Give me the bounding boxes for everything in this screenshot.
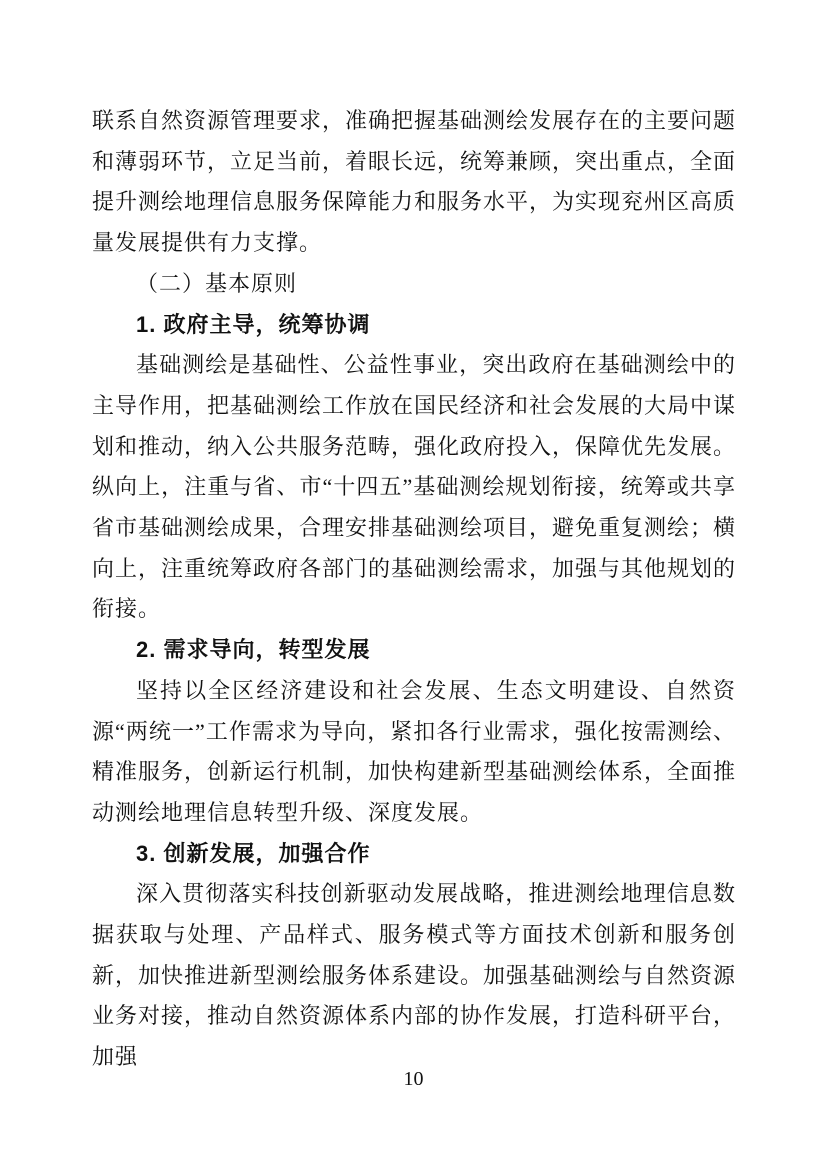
subheading-3-innovation-cooperation: 3. 创新发展，加强合作 <box>92 834 736 875</box>
paragraph-continuation: 联系自然资源管理要求，准确把握基础测绘发展存在的主要问题和薄弱环节，立足当前，着… <box>92 101 736 264</box>
page-number: 10 <box>0 1068 827 1091</box>
paragraph-government-led: 基础测绘是基础性、公益性事业，突出政府在基础测绘中的主导作用，把基础测绘工作放在… <box>92 345 736 630</box>
paragraph-demand-oriented: 坚持以全区经济建设和社会发展、生态文明建设、自然资源“两统一”工作需求为导向，紧… <box>92 671 736 834</box>
subheading-1-government-led: 1. 政府主导，统筹协调 <box>92 305 736 346</box>
subheading-2-demand-oriented: 2. 需求导向，转型发展 <box>92 630 736 671</box>
section-heading-basic-principles: （二）基本原则 <box>92 264 736 305</box>
document-body: 联系自然资源管理要求，准确把握基础测绘发展存在的主要问题和薄弱环节，立足当前，着… <box>92 101 736 1078</box>
paragraph-innovation-cooperation: 深入贯彻落实科技创新驱动发展战略，推进测绘地理信息数据获取与处理、产品样式、服务… <box>92 874 736 1078</box>
document-page: 联系自然资源管理要求，准确把握基础测绘发展存在的主要问题和薄弱环节，立足当前，着… <box>0 0 827 1169</box>
